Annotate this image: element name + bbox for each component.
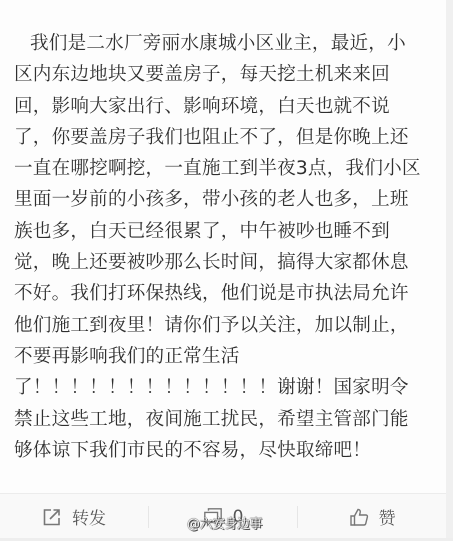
comment-button[interactable]: 0 — [149, 494, 297, 539]
comment-icon — [203, 507, 223, 527]
like-label: 赞 — [379, 504, 396, 529]
share-icon — [42, 507, 62, 527]
weibo-post-card: 我们是二水厂旁丽水康城小区业主，最近，小区内东边地块又要盖房子，每天挖土机来来回… — [0, 0, 446, 538]
action-bar: 转发 0 赞 — [0, 493, 446, 539]
page-edge — [446, 0, 453, 541]
like-button[interactable]: 赞 — [298, 494, 446, 539]
thumbs-up-icon — [349, 507, 369, 527]
repost-button[interactable]: 转发 — [0, 494, 148, 539]
post-text: 我们是二水厂旁丽水康城小区业主，最近，小区内东边地块又要盖房子，每天挖土机来来回… — [14, 28, 422, 466]
comment-count: 0 — [233, 507, 244, 527]
repost-label: 转发 — [72, 504, 106, 529]
post-body: 我们是二水厂旁丽水康城小区业主，最近，小区内东边地块又要盖房子，每天挖土机来来回… — [0, 0, 446, 493]
